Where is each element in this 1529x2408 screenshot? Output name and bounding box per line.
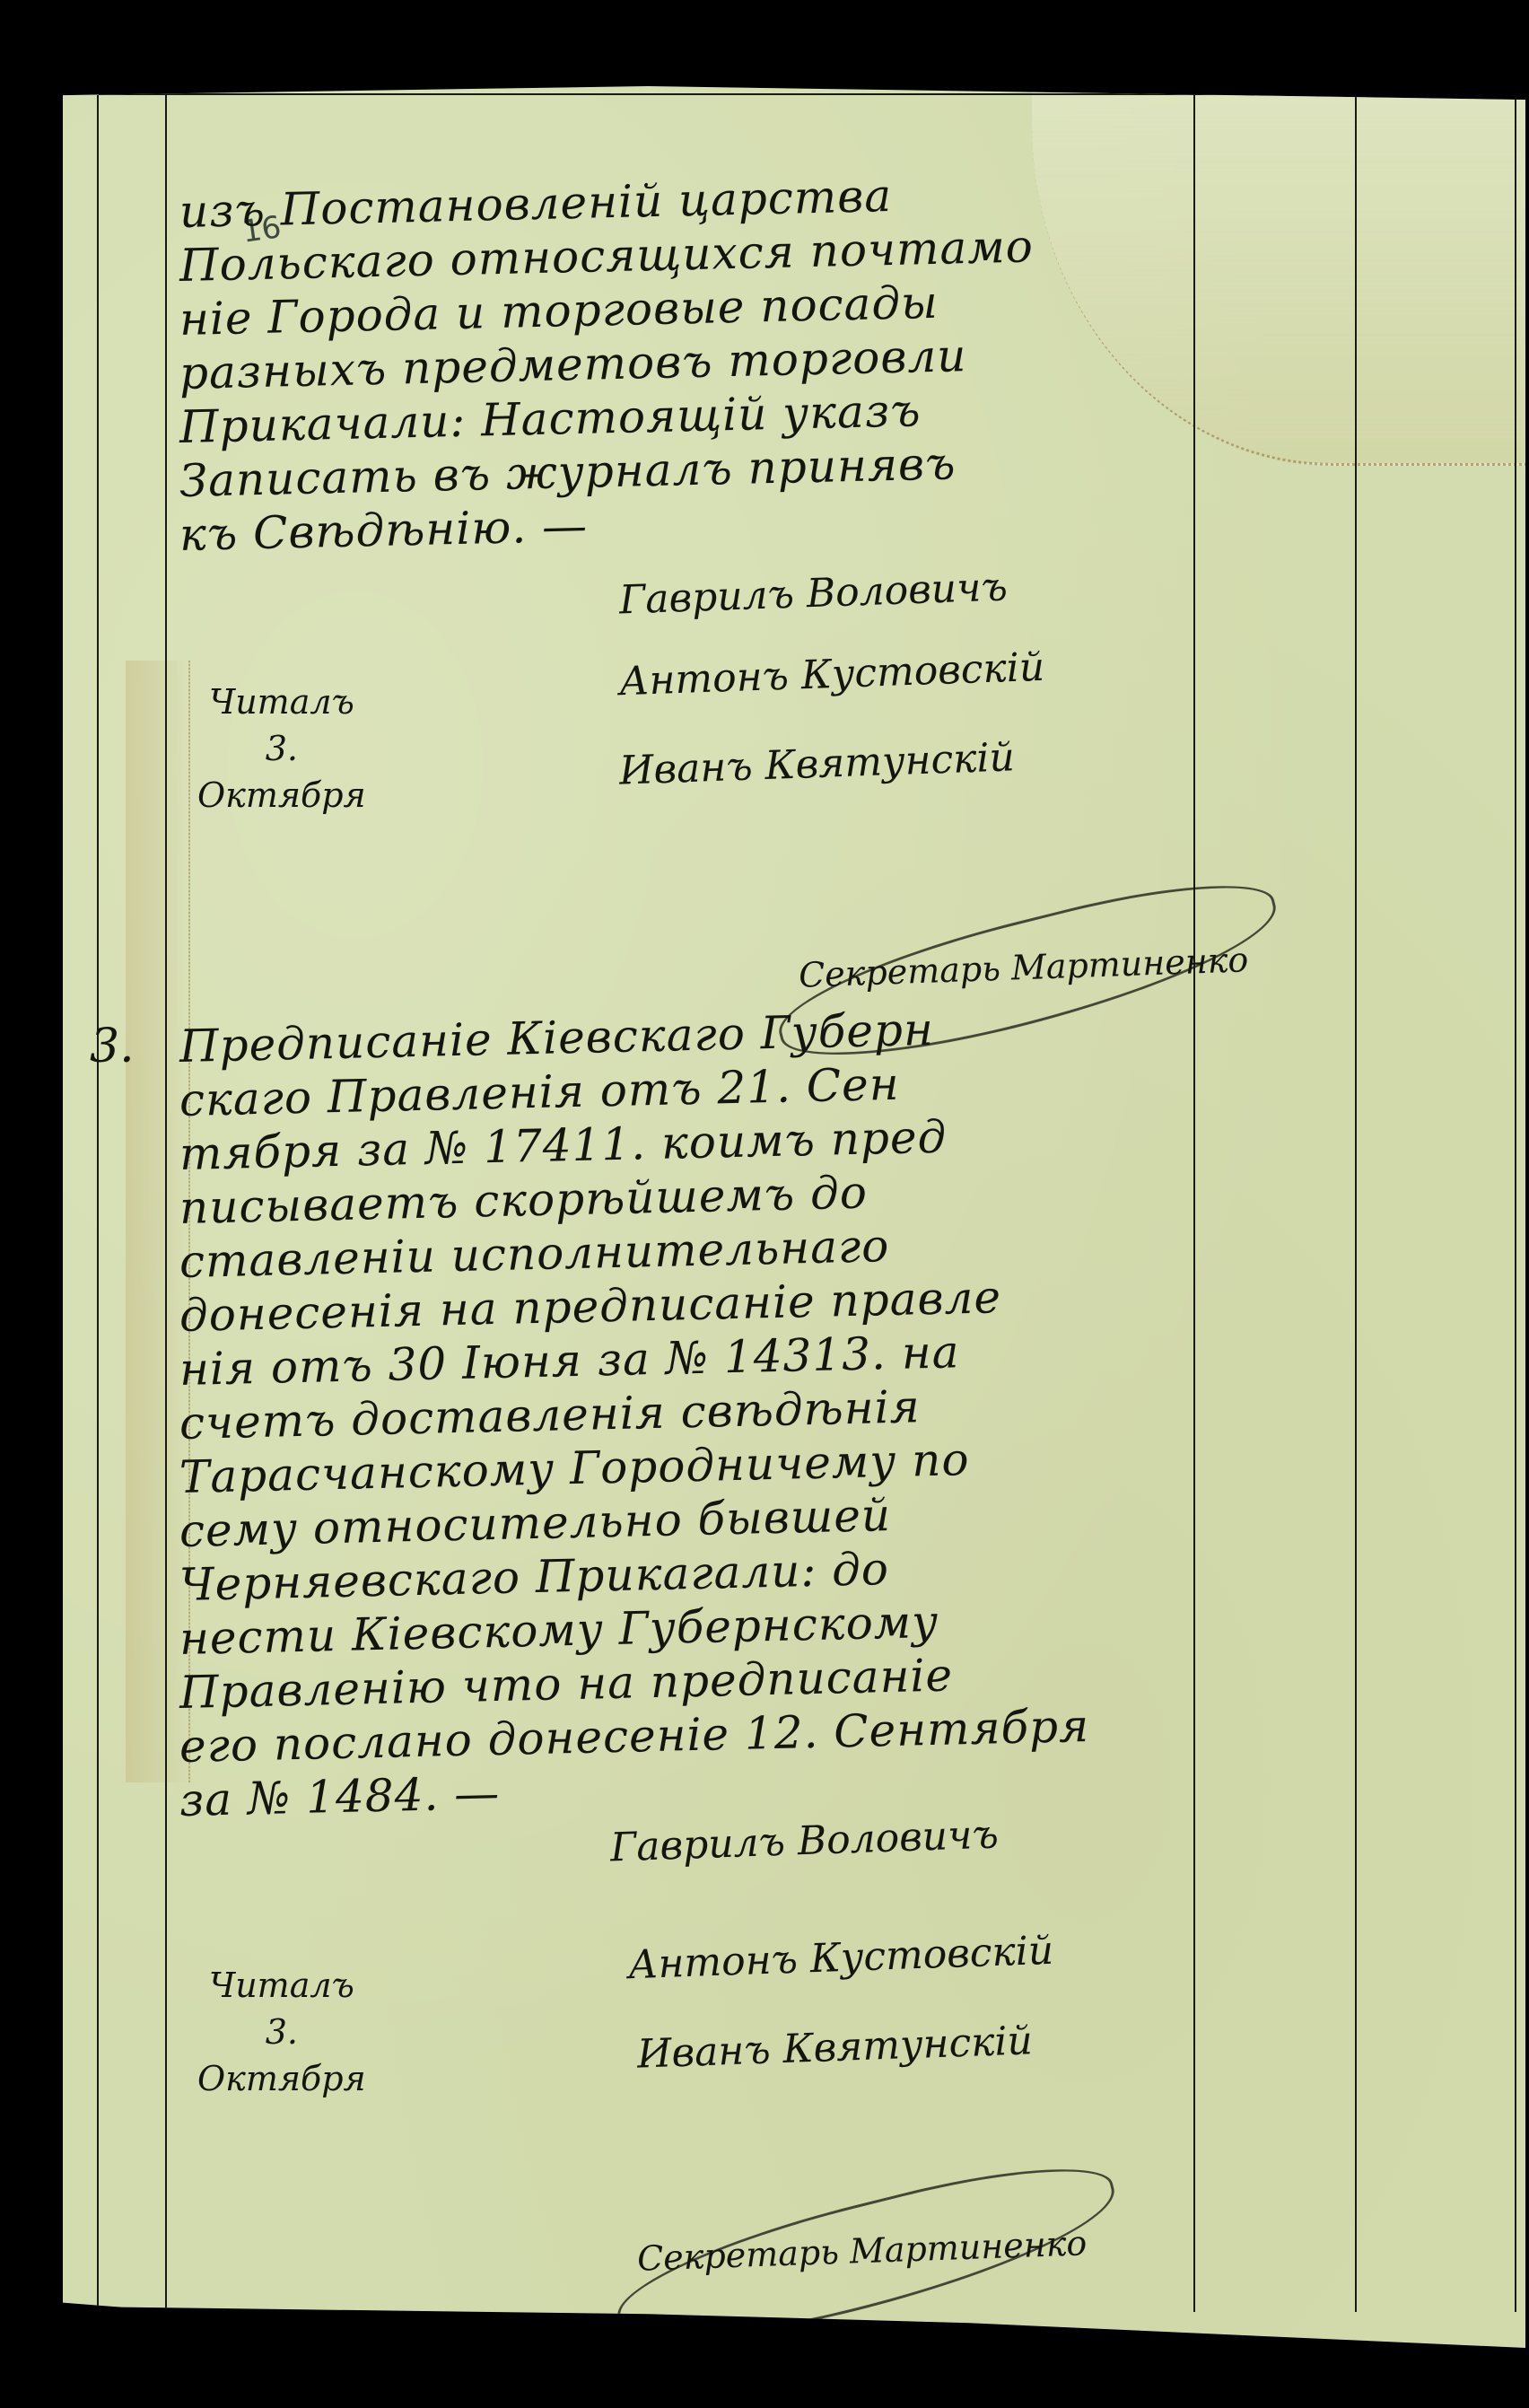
margin-rule-outer bbox=[97, 95, 99, 2312]
secretary-signature-bottom: Секретарь Мартиненко bbox=[636, 2223, 1088, 2278]
section-2-text: Предписаніе Кіевскаго Губерн скаго Правл… bbox=[179, 1020, 1089, 1827]
margin-note-line: 3. bbox=[197, 725, 366, 772]
signature-volovich: Гаврилъ Воловичъ bbox=[618, 564, 1008, 623]
secretary-signature-top: Секретарь Мартиненко bbox=[798, 940, 1249, 994]
margin-note-line: Читалъ bbox=[197, 1962, 366, 2009]
document-page: 16 изъ Постановленій царства Польскаго о… bbox=[63, 86, 1525, 2348]
margin-note-line: Октября bbox=[197, 2055, 366, 2102]
column-rule-right bbox=[1515, 95, 1516, 2312]
margin-rule-inner bbox=[165, 95, 167, 2312]
margin-note-line: 3. bbox=[197, 2009, 366, 2055]
margin-note-line: Читалъ bbox=[197, 679, 366, 725]
margin-note-read: Читалъ 3. Октября bbox=[197, 1962, 366, 2102]
section-1-text: изъ Постановленій царства Польскаго отно… bbox=[179, 185, 1034, 562]
margin-note-read: Читалъ 3. Октября bbox=[197, 679, 366, 819]
column-rule-text-right bbox=[1193, 95, 1195, 2312]
item-number: 3. bbox=[90, 1020, 135, 1073]
signature-kvyatunsky: Иванъ Квятунскій bbox=[618, 734, 1015, 793]
water-stain-top bbox=[1032, 86, 1529, 466]
signature-kvyatunsky: Иванъ Квятунскій bbox=[636, 2018, 1033, 2077]
margin-note-line: Октября bbox=[197, 772, 366, 819]
top-border-rule bbox=[99, 93, 1507, 95]
signature-kustovsky: Антонъ Кустовскій bbox=[618, 644, 1045, 705]
signature-kustovsky: Антонъ Кустовскій bbox=[627, 1928, 1054, 1989]
column-rule-middle bbox=[1355, 95, 1357, 2312]
